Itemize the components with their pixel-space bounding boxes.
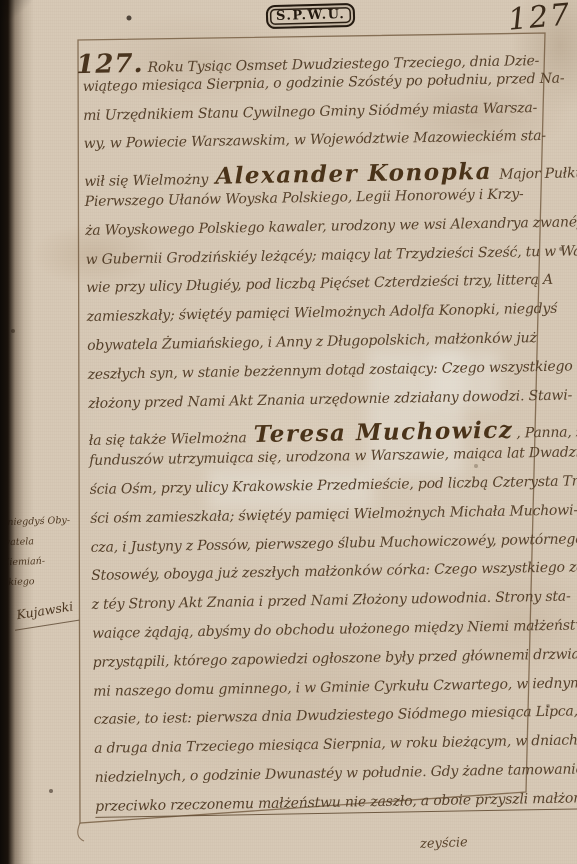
catchword: zeyście — [420, 835, 468, 852]
margin-signature: Kujawski — [11, 593, 80, 631]
archive-stamp-label: S.P.W.U. — [276, 7, 346, 24]
manuscript-line-text: Major Pułku— — [495, 165, 577, 183]
margin-note-line: i niegdyś Oby- — [1, 511, 76, 534]
archive-stamp: S.P.W.U. — [266, 3, 356, 29]
person-name: Alexander Konopka — [212, 158, 495, 190]
person-name: Teresa Muchowicz — [250, 417, 516, 449]
margin-note-line: watela Ziemiań- — [2, 531, 77, 573]
margin-note-line: skiego — [3, 571, 78, 594]
dust-specks — [0, 0, 2, 2]
margin-note: i niegdyś Oby- watela Ziemiań- skiego Ku… — [1, 511, 79, 628]
manuscript-line-text: ła się także Wielmożna — [89, 430, 251, 449]
manuscript-line-text: wił się Wielmożny — [84, 172, 212, 190]
record-number: 127. — [76, 49, 144, 80]
page-number: 127 — [506, 0, 572, 38]
manuscript-text-block: 127.Roku Tysiąc Osmset Dwudziestego Trze… — [82, 42, 563, 828]
manuscript-page-scan: S.P.W.U. 127 127.Roku Tysiąc Osmset Dwud… — [0, 0, 577, 864]
manuscript-line-text: , Panna, z własnych — [516, 423, 577, 441]
